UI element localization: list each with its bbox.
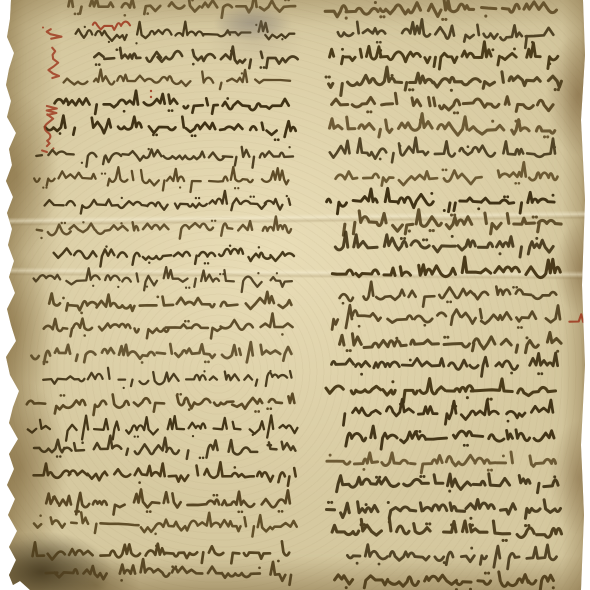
- parchment-leaf: [0, 0, 590, 590]
- manuscript-photograph: [0, 0, 590, 590]
- red-right-margin-mark: [569, 314, 588, 322]
- script-line: [338, 19, 554, 48]
- handwritten-text-layer: [0, 0, 590, 590]
- script-line: [64, 70, 290, 90]
- script-line: [325, 305, 560, 329]
- script-line: [36, 147, 293, 168]
- script-line: [37, 217, 291, 239]
- script-line: [340, 332, 562, 352]
- script-line: [68, 0, 295, 18]
- red-inline-mark: [93, 22, 130, 30]
- script-line: [43, 368, 291, 388]
- script-line: [327, 500, 561, 519]
- script-line: [327, 188, 555, 214]
- script-line: [34, 267, 292, 292]
- script-line: [55, 91, 289, 114]
- script-line: [332, 474, 558, 493]
- script-line: [46, 490, 290, 515]
- script-line: [28, 415, 298, 440]
- script-line: [54, 246, 294, 267]
- script-line: [337, 399, 553, 425]
- script-line: [338, 210, 561, 236]
- script-line: [46, 559, 291, 585]
- script-line: [34, 462, 296, 486]
- script-line: [34, 436, 295, 459]
- script-line: [34, 512, 297, 536]
- script-line: [330, 138, 555, 163]
- text-column-left: [27, 0, 298, 585]
- script-line: [341, 426, 554, 449]
- script-line: [347, 545, 556, 569]
- script-line: [94, 47, 297, 69]
- script-line: [335, 572, 554, 590]
- script-line: [33, 541, 290, 563]
- script-line: [327, 452, 556, 473]
- script-line: [31, 342, 291, 364]
- script-line: [34, 167, 288, 192]
- script-line: [332, 93, 554, 113]
- text-column-right: [325, 0, 562, 590]
- script-line: [27, 394, 295, 415]
- script-line: [330, 114, 555, 137]
- script-line: [330, 42, 558, 69]
- script-line: [332, 257, 560, 278]
- script-line: [332, 519, 561, 541]
- script-line: [326, 379, 556, 403]
- script-line: [49, 292, 291, 313]
- red-margin-note: [43, 28, 62, 79]
- script-line: [45, 116, 296, 140]
- script-line: [336, 162, 558, 185]
- rubric-marks: [42, 22, 588, 323]
- script-line: [325, 0, 556, 19]
- script-line: [44, 313, 293, 338]
- script-line: [332, 353, 558, 376]
- script-line: [326, 67, 561, 95]
- script-line: [340, 282, 557, 307]
- script-line: [335, 232, 553, 257]
- script-line: [45, 191, 291, 214]
- script-line: [76, 21, 295, 43]
